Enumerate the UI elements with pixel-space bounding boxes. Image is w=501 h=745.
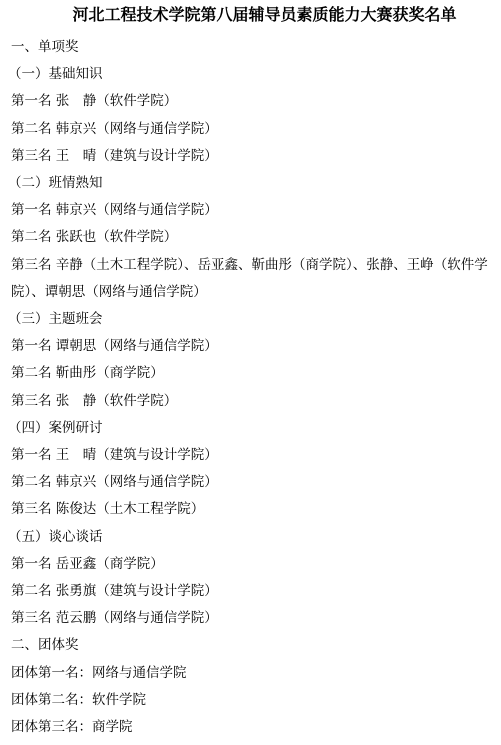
award-entry: 第二名 靳曲彤（商学院） — [11, 360, 497, 387]
award-entry: 第二名 张勇旗（建筑与设计学院） — [11, 578, 497, 605]
award-entry: 第三名 范云鹏（网络与通信学院） — [11, 605, 497, 632]
award-entry: 第三名 辛静（土木工程学院）、岳亚鑫、靳曲彤（商学院）、张静、王峥（软件学院）、… — [11, 252, 497, 306]
award-entry: 第一名 岳亚鑫（商学院） — [11, 551, 497, 578]
award-list: 一、单项奖 （一）基础知识 第一名 张 静（软件学院） 第二名 韩京兴（网络与通… — [11, 34, 497, 741]
subsection-basic-knowledge: （一）基础知识 — [8, 61, 497, 88]
team-award-entry: 团体第二名：软件学院 — [11, 687, 497, 714]
award-entry: 第三名 王 晴（建筑与设计学院） — [11, 143, 497, 170]
award-entry: 第二名 韩京兴（网络与通信学院） — [11, 116, 497, 143]
subsection-heart-to-heart-talk: （五）谈心谈话 — [8, 524, 497, 551]
award-entry: 第一名 王 晴（建筑与设计学院） — [11, 442, 497, 469]
award-entry: 第一名 谭朝思（网络与通信学院） — [11, 333, 497, 360]
subsection-case-study: （四）案例研讨 — [8, 415, 497, 442]
team-award-entry: 团体第一名：网络与通信学院 — [11, 660, 497, 687]
section-heading-individual: 一、单项奖 — [11, 34, 497, 61]
award-entry: 第一名 韩京兴（网络与通信学院） — [11, 197, 497, 224]
subsection-class-knowledge: （二）班情熟知 — [8, 170, 497, 197]
team-award-entry: 团体第三名：商学院 — [11, 714, 497, 741]
award-entry: 第三名 张 静（软件学院） — [11, 388, 497, 415]
award-entry: 第二名 韩京兴（网络与通信学院） — [11, 469, 497, 496]
section-heading-team: 二、团体奖 — [11, 632, 497, 659]
award-entry: 第二名 张跃也（软件学院） — [11, 224, 497, 251]
award-entry: 第一名 张 静（软件学院） — [11, 88, 497, 115]
document-title: 河北工程技术学院第八届辅导员素质能力大赛获奖名单 — [0, 4, 501, 26]
award-entry: 第三名 陈俊达（土木工程学院） — [11, 496, 497, 523]
subsection-theme-class-meeting: （三）主题班会 — [8, 306, 497, 333]
